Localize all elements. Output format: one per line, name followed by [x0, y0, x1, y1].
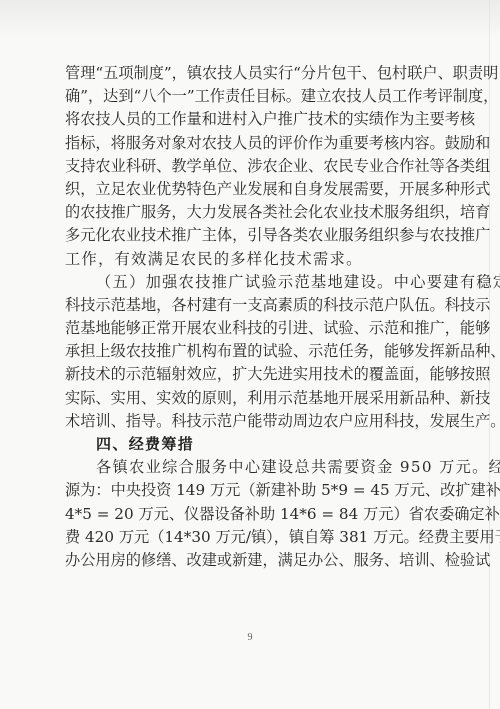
page-number: 9 — [0, 632, 500, 643]
text-line: 办公用房的修缮、改建或新建，满足办公、服务、培训、检验试 — [65, 549, 443, 572]
paragraph-start-line: 各镇农业综合服务中心建设总共需要资金 950 万元。经费来 — [65, 456, 443, 479]
text-line: 范基地能够正常开展农业科技的引进、试验、示范和推广，能够 — [65, 317, 443, 340]
text-line: 织，立足农业优势特色产业发展和自身发展需要，开展多种形式 — [65, 178, 443, 201]
document-body: 管理“五项制度”，镇农技人员实行“分片包干、包村联户、职责明 确”，达到“八个一… — [65, 62, 443, 572]
text-line: 指标，将服务对象对农技人员的评价作为重要考核内容。鼓励和 — [65, 132, 443, 155]
paragraph-start-line: （五）加强农技推广试验示范基地建设。中心要建有稳定的 — [65, 271, 443, 294]
text-line: 支持农业科研、教学单位、涉农企业、农民专业合作社等各类组 — [65, 155, 443, 178]
text-line: 实际、实用、实效的原则，利用示范基地开展采用新品种、新技 — [65, 387, 443, 410]
text-line: 科技示范基地，各村建有一支高素质的科技示范户队伍。科技示 — [65, 294, 443, 317]
scan-shadow — [0, 0, 500, 38]
text-line: 多元化农业技术推广主体，引导各类农业服务组织参与农技推广 — [65, 224, 443, 247]
text-line: 源为：中央投资 149 万元（新建补助 5*9 = 45 万元、改扩建补助 — [65, 479, 443, 502]
text-line: 的农技推广服务，大力发展各类社会化农业技术服务组织，培育 — [65, 201, 443, 224]
text-line: 管理“五项制度”，镇农技人员实行“分片包干、包村联户、职责明 — [65, 62, 443, 85]
section-heading: 四、经费筹措 — [65, 433, 443, 456]
text-line: 费 420 万元（14*30 万元/镇），镇自筹 381 万元。经费主要用于 — [65, 526, 443, 549]
text-line: 4*5 = 20 万元、仪器设备补助 14*6 = 84 万元）省农委确定补助经 — [65, 503, 443, 526]
text-line: 工作，有效满足农民的多样化技术需求。 — [65, 248, 443, 271]
text-line: 新技术的示范辐射效应，扩大先进实用技术的覆盖面，能够按照 — [65, 363, 443, 386]
text-line: 承担上级农技推广机构布置的试验、示范任务，能够发挥新品种、 — [65, 340, 443, 363]
text-line: 确”，达到“八个一”工作责任目标。建立农技人员工作考评制度， — [65, 85, 443, 108]
text-line: 术培训、指导。科技示范户能带动周边农户应用科技，发展生产。 — [65, 410, 443, 433]
text-line: 将农技人员的工作量和进村入户推广技术的实绩作为主要考核 — [65, 108, 443, 131]
